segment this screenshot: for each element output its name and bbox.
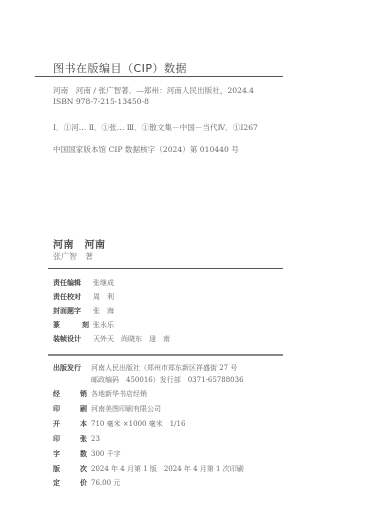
cip-line-number: 中国国家版本馆 CIP 数据核字（2024）第 010440 号 bbox=[53, 144, 239, 155]
publishing-value: 各地新华书店经销 bbox=[91, 389, 147, 399]
credit-value: 周 利 bbox=[93, 292, 114, 302]
publishing-row: 经销 各地新华书店经销 bbox=[53, 389, 147, 399]
credit-row: 篆刻 张永乐 bbox=[53, 320, 114, 330]
divider-top bbox=[35, 76, 283, 77]
publishing-row: 版次 2024 年 4 月第 1 版 2024 年 4 月第 1 次印刷 bbox=[53, 464, 244, 474]
publishing-row: 字数 300 千字 bbox=[53, 449, 121, 459]
publishing-value-line2: 邮政编码 450016）发行部 0371-65788036 bbox=[91, 375, 244, 385]
publishing-label: 开 bbox=[53, 419, 60, 429]
credit-value: 天外天 尚晓东 逯 南 bbox=[93, 334, 170, 344]
publishing-row: 印刷 河南美图印刷有限公司 bbox=[53, 404, 161, 414]
publishing-value: 河南人民出版社（郑州市郑东新区祥盛街 27 号 bbox=[91, 363, 237, 373]
cip-heading: 图书在版编目（CIP）数据 bbox=[53, 60, 187, 76]
publishing-value: 710 毫米 ×1000 毫米 1/16 bbox=[91, 419, 185, 429]
credit-row: 责任校对 周 利 bbox=[53, 292, 114, 302]
publishing-row: 开本 710 毫米 ×1000 毫米 1/16 bbox=[53, 419, 185, 429]
publishing-value: 23 bbox=[91, 434, 100, 444]
publishing-label: 印 bbox=[53, 404, 60, 414]
cip-line-isbn: ISBN 978-7-215-13450-8 bbox=[53, 96, 149, 107]
cip-line-classification: Ⅰ．①河… Ⅱ．①张… Ⅲ．①散文集－中国－当代Ⅳ．①I267 bbox=[53, 122, 258, 133]
divider-bottom bbox=[48, 354, 283, 356]
credit-label: 篆 bbox=[53, 320, 60, 330]
publishing-value: 2024 年 4 月第 1 版 2024 年 4 月第 1 次印刷 bbox=[91, 464, 244, 474]
credit-row: 责任编辑 张继成 bbox=[53, 278, 114, 288]
publishing-label: 印 bbox=[53, 434, 60, 444]
publishing-value: 76.00 元 bbox=[91, 478, 120, 488]
publishing-value: 河南美图印刷有限公司 bbox=[91, 404, 161, 414]
book-author: 张广智 著 bbox=[53, 251, 93, 262]
publishing-row: 印张 23 bbox=[53, 434, 100, 444]
credit-label: 责任校对 bbox=[53, 292, 81, 302]
publishing-label: 版 bbox=[53, 464, 60, 474]
credit-value: 张永乐 bbox=[93, 320, 114, 330]
credit-label: 责任编辑 bbox=[53, 278, 81, 288]
publishing-label: 经 bbox=[53, 389, 60, 399]
credit-value: 张 海 bbox=[93, 306, 114, 316]
book-title: 河南 河南 bbox=[53, 236, 106, 251]
publishing-label: 出版发行 bbox=[53, 363, 81, 373]
publishing-value: 300 千字 bbox=[91, 449, 121, 459]
credit-row: 封面题字 张 海 bbox=[53, 306, 114, 316]
credit-row: 装帧设计 天外天 尚晓东 逯 南 bbox=[53, 334, 170, 344]
publishing-row: 定价 76.00 元 bbox=[53, 478, 120, 488]
divider-middle bbox=[48, 268, 283, 269]
credit-label: 封面题字 bbox=[53, 306, 81, 316]
publishing-row: 出版发行 河南人民出版社（郑州市郑东新区祥盛街 27 号 bbox=[53, 363, 237, 373]
credit-label: 装帧设计 bbox=[53, 334, 81, 344]
publishing-label: 定 bbox=[53, 478, 60, 488]
cip-line-1: 河南 河南 / 张广智著．—郑州：河南人民出版社，2024.4 bbox=[53, 85, 254, 96]
publishing-label: 字 bbox=[53, 449, 60, 459]
credit-value: 张继成 bbox=[93, 278, 114, 288]
